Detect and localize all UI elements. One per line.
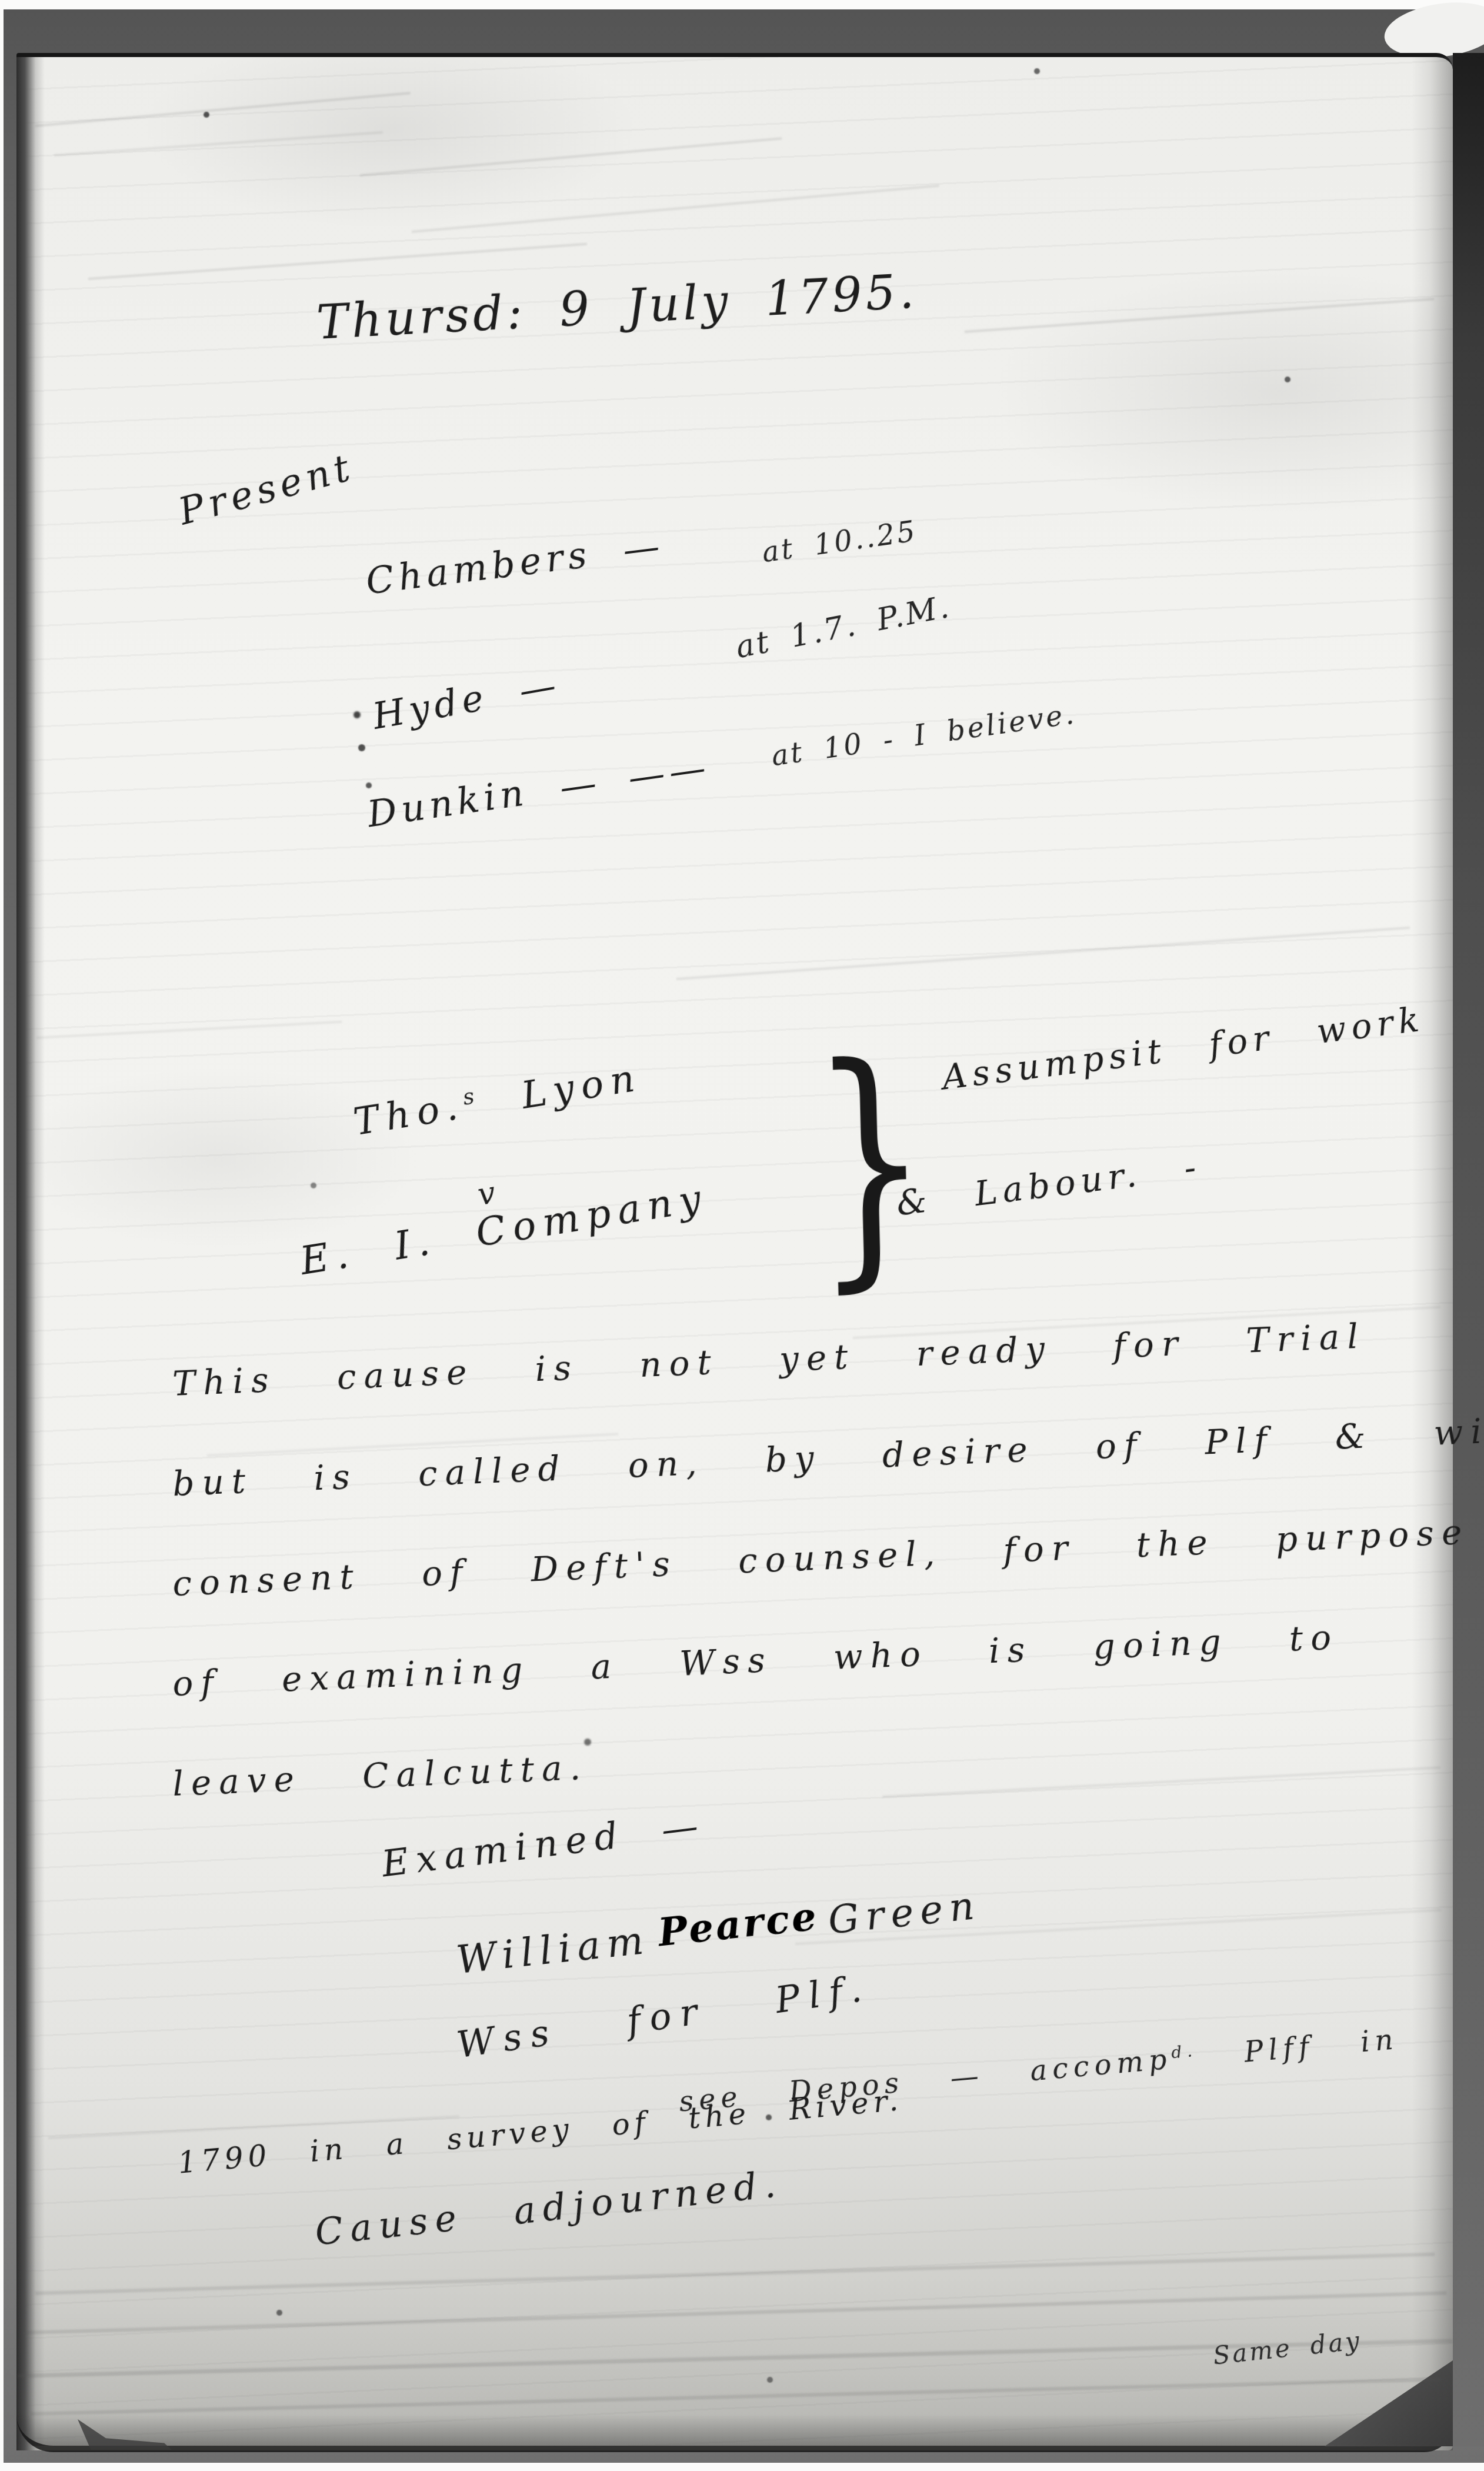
page-bottom-edge [16,2415,1453,2452]
page-right-shade [1412,57,1453,2450]
page-edge-dark-band [1453,53,1484,2446]
deposition-superscript: d. [1170,2041,1198,2063]
judge-dash: — [621,524,666,571]
manuscript-scan: Thursd: 9 July 1795. Present Chambers— a… [0,0,1484,2471]
binding-gutter-shadow [16,57,45,2450]
ink-specks [0,0,4,4]
judge-dash: — [516,662,564,712]
case-brace: } [809,1009,932,1316]
